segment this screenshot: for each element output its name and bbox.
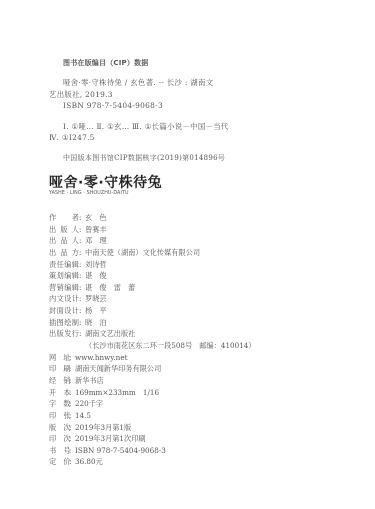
credit-label: 内文设计 — [49, 293, 79, 305]
credit-row-printer: 印 刷:湖南天闻新华印务有限公司 — [49, 363, 256, 375]
credit-row-isbn: 书 号:ISBN 978-7-5404-9068-3 — [49, 445, 256, 457]
credits-list: 作 者:玄 色 出 版 人:曾赛丰 出 品 人:邓 理 出 品 方:中南天使（湖… — [49, 212, 256, 468]
credit-label: 出版发行 — [49, 328, 79, 340]
credit-row-producer: 出 品 人:邓 理 — [49, 235, 256, 247]
credit-value: （长沙市雨花区东二环一段508号 邮编：410014） — [85, 340, 256, 352]
credit-row-price: 定 价:36.80元 — [49, 456, 256, 468]
cip-isbn-line: ISBN 978-7-5404-9068-3 — [63, 101, 163, 110]
credit-row-production-company: 出 品 方:中南天使（湖南）文化传媒有限公司 — [49, 247, 256, 259]
credit-value: 罗晓芸 — [85, 293, 107, 305]
cip-classification-line: Ⅰ. ①哑… Ⅱ. ①玄… Ⅲ. ①长篇小说－中国－当代 — [63, 121, 229, 132]
credit-row-printing: 印 次:2019年3月第1次印刷 — [49, 433, 256, 445]
credit-label: 出 版 人 — [49, 224, 79, 236]
credit-row-format: 开 本:169mm×233mm 1/16 — [49, 387, 256, 399]
credit-value: 新华书店 — [75, 375, 104, 387]
copyright-page: 图书在版编目（CIP）数据 哑舍·零·守株待兔 / 玄色著. -- 长沙 : 湖… — [0, 0, 375, 509]
credit-label: 印 刷 — [49, 363, 69, 375]
book-title-pinyin: YASHE · LING · SHOUZHU-DAITU — [49, 191, 129, 196]
credit-value: 湖南天闻新华印务有限公司 — [75, 363, 161, 375]
credit-label: 定 价 — [49, 456, 69, 468]
credit-value: 玄 色 — [85, 212, 107, 224]
credit-label: 插图绘制 — [49, 317, 79, 329]
credit-label: 经 销 — [49, 375, 69, 387]
credit-label: 出 品 方 — [49, 247, 79, 259]
credit-value: ISBN 978-7-5404-9068-3 — [75, 445, 166, 457]
credit-label: 版 次 — [49, 422, 69, 434]
credit-value: 169mm×233mm 1/16 — [75, 387, 159, 399]
credit-value: 220千字 — [75, 398, 103, 410]
credit-label: 责任编辑 — [49, 259, 79, 271]
credit-label: 营销编辑 — [49, 282, 79, 294]
credit-label: 书 号 — [49, 445, 69, 457]
credit-row-planning-editor: 策划编辑:谌 俊 — [49, 270, 256, 282]
book-title: 哑舍·零·守株待兔 — [49, 172, 162, 192]
credit-value: 14.5 — [75, 410, 91, 422]
credit-label: 作 者 — [49, 212, 79, 224]
credit-row-distributor: 出版发行:湖南文艺出版社 — [49, 328, 256, 340]
credit-row-word-count: 字 数:220千字 — [49, 398, 256, 410]
credit-label: 封面设计 — [49, 305, 79, 317]
credit-row-publisher-person: 出 版 人:曾赛丰 — [49, 224, 256, 236]
credit-value: 湖南文艺出版社 — [85, 328, 135, 340]
credit-row-illustration: 插图绘制:晓 泊 — [49, 317, 256, 329]
credit-value: 谌 俊 雷 蕾 — [85, 282, 135, 294]
credit-row-responsible-editor: 责任编辑:刘诗哲 — [49, 259, 256, 271]
credit-label: 印 次 — [49, 433, 69, 445]
credit-row-marketing-editor: 营销编辑:谌 俊 雷 蕾 — [49, 282, 256, 294]
credit-value: 杨 平 — [85, 305, 107, 317]
cip-publisher-line: 艺出版社, 2019.3 — [49, 89, 113, 100]
credit-label: 字 数 — [49, 398, 69, 410]
credit-label: 开 本 — [49, 387, 69, 399]
cip-heading: 图书在版编目（CIP）数据 — [63, 58, 148, 68]
credit-row-cover-design: 封面设计:杨 平 — [49, 305, 256, 317]
credit-row-author: 作 者:玄 色 — [49, 212, 256, 224]
credit-row-interior-design: 内文设计:罗晓芸 — [49, 293, 256, 305]
credit-value: 刘诗哲 — [85, 259, 107, 271]
credit-row-sheets: 印 张:14.5 — [49, 410, 256, 422]
credit-value: 晓 泊 — [85, 317, 107, 329]
credit-value: 曾赛丰 — [85, 224, 107, 236]
credit-row-website: 网 址:www.hnwy.net — [49, 352, 256, 364]
credit-value: 中南天使（湖南）文化传媒有限公司 — [85, 247, 200, 259]
credit-value: 2019年3月第1版 — [75, 422, 131, 434]
credit-label: 策划编辑 — [49, 270, 79, 282]
cip-title-line: 哑舍·零·守株待兔 / 玄色著. -- 长沙 : 湖南文 — [63, 77, 213, 88]
credit-label: 出 品 人 — [49, 235, 79, 247]
credit-value: 36.80元 — [75, 456, 103, 468]
credit-row-seller: 经 销:新华书店 — [49, 375, 256, 387]
credit-row-edition: 版 次:2019年3月第1版 — [49, 422, 256, 434]
credit-value: 谌 俊 — [85, 270, 107, 282]
credit-row-address: （长沙市雨花区东二环一段508号 邮编：410014） — [49, 340, 256, 352]
cip-record-number: 中国版本图书馆CIP数据核字(2019)第014896号 — [63, 153, 225, 163]
credit-label: 网 址 — [49, 352, 69, 364]
website-link: www.hnwy.net — [75, 352, 127, 364]
credit-value: 邓 理 — [85, 235, 107, 247]
credit-value: 2019年3月第1次印刷 — [75, 433, 146, 445]
credit-label: 印 张 — [49, 410, 69, 422]
cip-classification-number: Ⅳ. ①I247.5 — [49, 133, 95, 142]
